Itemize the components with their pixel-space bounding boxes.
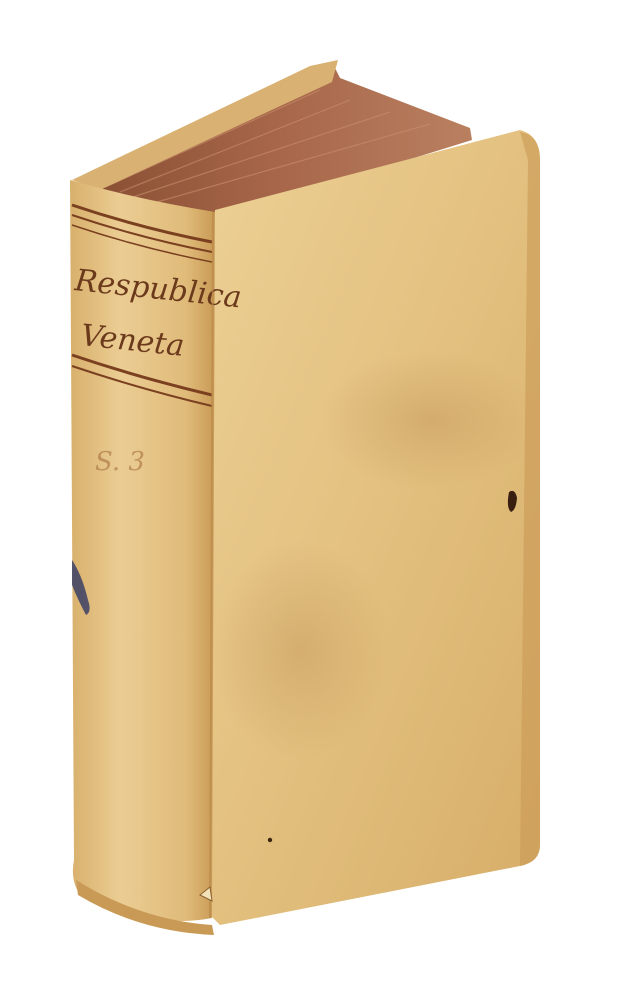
front-cover bbox=[210, 130, 540, 925]
spine-shelf-mark: S. 3 bbox=[95, 447, 145, 477]
book-illustration: Respublica Veneta S. 3 bbox=[0, 0, 633, 1000]
book-photo: Respublica Veneta S. 3 bbox=[0, 0, 633, 1000]
